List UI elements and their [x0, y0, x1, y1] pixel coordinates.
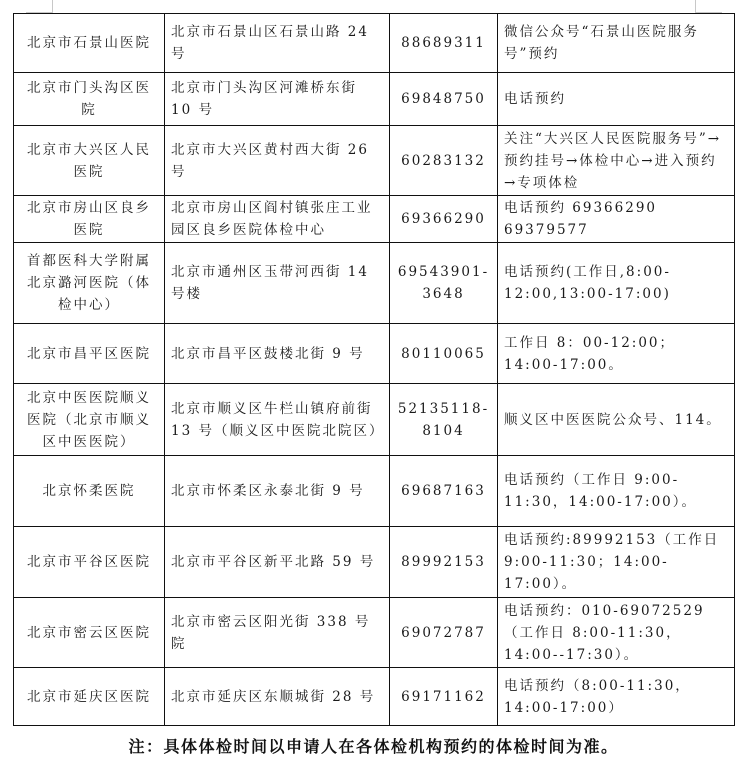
hospital-name-cell: 北京市昌平区医院 — [14, 324, 165, 384]
address-cell: 北京市门头沟区河滩桥东街 10 号 — [165, 73, 390, 126]
hospital-name-cell: 北京市房山区良乡医院 — [14, 196, 165, 243]
hospital-name-cell: 北京市平谷区医院 — [14, 527, 165, 598]
address-cell: 北京市怀柔区永泰北街 9 号 — [165, 456, 390, 527]
address-cell: 北京市大兴区黄村西大街 26 号 — [165, 126, 390, 196]
booking-method-cell: 顺义区中医医院公众号、114。 — [498, 384, 735, 456]
hospital-name-cell: 北京市延庆区医院 — [14, 668, 165, 726]
phone-cell: 69687163 — [390, 456, 498, 527]
phone-cell: 88689311 — [390, 14, 498, 73]
table-row: 北京市延庆区医院 北京市延庆区东顺城街 28 号 69171162 电话预约（8… — [14, 668, 735, 726]
booking-method-cell: 电话预约:89992153（工作日 9:00-11:30；14:00-17:00… — [498, 527, 735, 598]
phone-cell: 60283132 — [390, 126, 498, 196]
address-cell: 北京市通州区玉带河西街 14 号楼 — [165, 243, 390, 324]
hospital-name-cell: 北京中医医院顺义医院（北京市顺义区中医医院） — [14, 384, 165, 456]
phone-cell: 69171162 — [390, 668, 498, 726]
table-row: 北京市密云区医院 北京市密云区阳光街 338 号院 69072787 电话预约：… — [14, 598, 735, 668]
address-cell: 北京市平谷区新平北路 59 号 — [165, 527, 390, 598]
table-row: 北京市昌平区医院 北京市昌平区鼓楼北街 9 号 80110065 工作日 8：0… — [14, 324, 735, 384]
footnote: 注：具体体检时间以申请人在各体检机构预约的体检时间为准。 — [0, 734, 747, 757]
hospital-name-cell: 北京市大兴区人民医院 — [14, 126, 165, 196]
hospital-table: 北京市石景山医院 北京市石景山区石景山路 24 号 88689311 微信公众号… — [13, 13, 735, 726]
booking-method-cell: 电话预约（工作日 9:00-11:30，14:00-17:00）。 — [498, 456, 735, 527]
address-cell: 北京市延庆区东顺城街 28 号 — [165, 668, 390, 726]
booking-method-cell: 关注“大兴区人民医院服务号”→预约挂号→体检中心→进入预约→专项体检 — [498, 126, 735, 196]
phone-cell: 52135118-8104 — [390, 384, 498, 456]
table-row: 北京市门头沟区医院 北京市门头沟区河滩桥东街 10 号 69848750 电话预… — [14, 73, 735, 126]
booking-method-cell: 微信公众号“石景山医院服务号”预约 — [498, 14, 735, 73]
table-row: 首都医科大学附属北京潞河医院（体检中心） 北京市通州区玉带河西街 14 号楼 6… — [14, 243, 735, 324]
hospital-name-cell: 北京市门头沟区医院 — [14, 73, 165, 126]
address-cell: 北京市房山区阎村镇张庄工业园区良乡医院体检中心 — [165, 196, 390, 243]
booking-method-cell: 电话预约（8:00-11:30，14:00-17:00） — [498, 668, 735, 726]
booking-method-cell: 工作日 8：00-12:00；14:00-17:00。 — [498, 324, 735, 384]
hospital-table-body: 北京市石景山医院 北京市石景山区石景山路 24 号 88689311 微信公众号… — [14, 14, 735, 726]
hospital-name-cell: 北京市石景山医院 — [14, 14, 165, 73]
booking-method-cell: 电话预约(工作日,8:00-12:00,13:00-17:00) — [498, 243, 735, 324]
address-cell: 北京市石景山区石景山路 24 号 — [165, 14, 390, 73]
page-corner-mark — [695, 0, 722, 13]
table-row: 北京市石景山医院 北京市石景山区石景山路 24 号 88689311 微信公众号… — [14, 14, 735, 73]
table-row: 北京市房山区良乡医院 北京市房山区阎村镇张庄工业园区良乡医院体检中心 69366… — [14, 196, 735, 243]
hospital-name-cell: 北京怀柔医院 — [14, 456, 165, 527]
booking-method-cell: 电话预约：010-69072529（工作日 8:00-11:30，14:00--… — [498, 598, 735, 668]
hospital-name-cell: 北京市密云区医院 — [14, 598, 165, 668]
table-row: 北京怀柔医院 北京市怀柔区永泰北街 9 号 69687163 电话预约（工作日 … — [14, 456, 735, 527]
booking-method-cell: 电话预约 69366290 69379577 — [498, 196, 735, 243]
phone-cell: 69072787 — [390, 598, 498, 668]
address-cell: 北京市密云区阳光街 338 号院 — [165, 598, 390, 668]
address-cell: 北京市顺义区牛栏山镇府前街 13 号（顺义区中医院北院区） — [165, 384, 390, 456]
phone-cell: 89992153 — [390, 527, 498, 598]
phone-cell: 69366290 — [390, 196, 498, 243]
address-cell: 北京市昌平区鼓楼北街 9 号 — [165, 324, 390, 384]
booking-method-cell: 电话预约 — [498, 73, 735, 126]
page-corner-mark — [26, 0, 53, 13]
table-row: 北京市平谷区医院 北京市平谷区新平北路 59 号 89992153 电话预约:8… — [14, 527, 735, 598]
hospital-name-cell: 首都医科大学附属北京潞河医院（体检中心） — [14, 243, 165, 324]
table-row: 北京中医医院顺义医院（北京市顺义区中医医院） 北京市顺义区牛栏山镇府前街 13 … — [14, 384, 735, 456]
phone-cell: 80110065 — [390, 324, 498, 384]
phone-cell: 69543901-3648 — [390, 243, 498, 324]
table-row: 北京市大兴区人民医院 北京市大兴区黄村西大街 26 号 60283132 关注“… — [14, 126, 735, 196]
phone-cell: 69848750 — [390, 73, 498, 126]
